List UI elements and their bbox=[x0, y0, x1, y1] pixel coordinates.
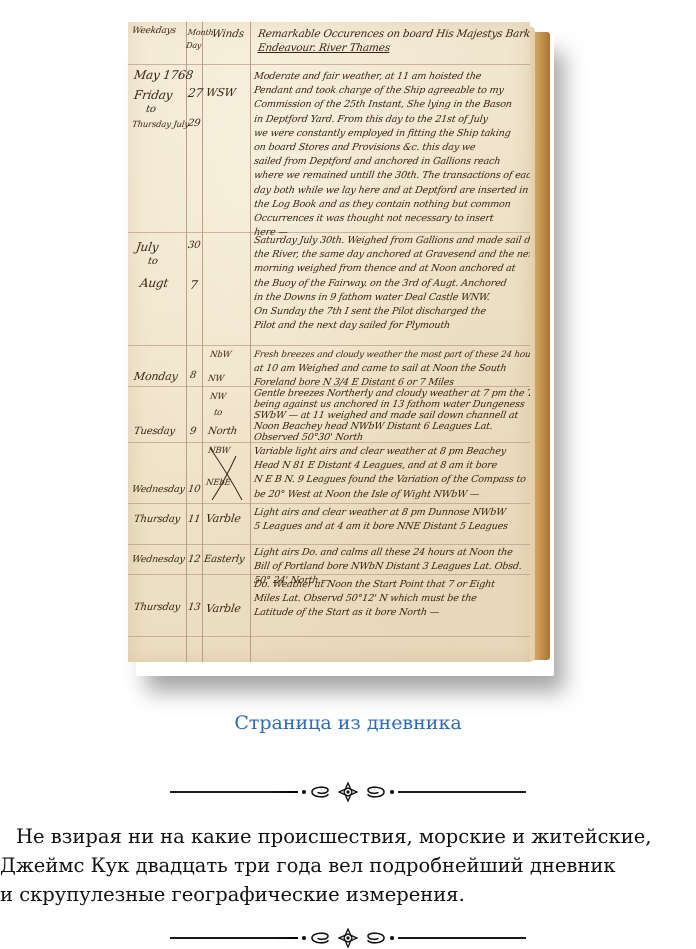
day-cell: 11 bbox=[187, 514, 201, 525]
entry-line: Miles Lat. Observd 50°12' N which must b… bbox=[253, 592, 405, 606]
flourish-ornament-icon bbox=[298, 782, 398, 802]
entry-line: Do. Weather at Noon the Start Point that… bbox=[253, 578, 405, 592]
entry-line: in the Downs in 9 fathom water Deal Cast… bbox=[253, 291, 405, 305]
journal-entry: Moderate and fair weather, at 11 am hois… bbox=[254, 70, 404, 240]
journal-entry: Saturday July 30th. Weighed from Gallion… bbox=[254, 234, 404, 333]
entry-line: Pilot and the next day sailed for Plymou… bbox=[253, 319, 405, 333]
journal-page: Weekdays Month Day Winds Remarkable Occu… bbox=[128, 22, 530, 662]
ornamental-divider bbox=[170, 928, 526, 948]
header-remarks-line1: Remarkable Occurences on board His Majes… bbox=[257, 28, 530, 40]
weekday-cell: Wednesday bbox=[131, 554, 185, 565]
day-cell: 29 bbox=[187, 118, 201, 129]
entry-line: Pendant and took charge of the Ship agre… bbox=[253, 84, 405, 98]
entry-line: Moderate and fair weather, at 11 am hois… bbox=[253, 70, 405, 84]
row-rule bbox=[128, 503, 530, 504]
journal-entry: Do. Weather at Noon the Start Point that… bbox=[254, 578, 404, 621]
entry-line: On Sunday the 7th I sent the Pilot disch… bbox=[253, 305, 405, 319]
entry-line: Variable light airs and clear weather at… bbox=[253, 445, 405, 459]
wind-cell: NbW bbox=[209, 350, 231, 360]
day-cell: 12 bbox=[187, 554, 201, 565]
wind-cell: to bbox=[213, 408, 223, 418]
divider-line bbox=[170, 791, 298, 793]
entry-line: Commission of the 25th Instant, She lyin… bbox=[253, 98, 405, 112]
entry-line: at 10 am Weighed and came to sail at Noo… bbox=[253, 362, 405, 376]
entry-line: we were constantly employed in fitting t… bbox=[253, 127, 405, 141]
wind-cell: NW bbox=[209, 392, 226, 402]
divider-line bbox=[398, 937, 526, 939]
row-rule bbox=[128, 544, 530, 545]
entry-line: SWbW — at 11 weighed and made sail down … bbox=[253, 410, 405, 421]
weekday-cell: Augt bbox=[139, 276, 169, 290]
entry-line: being against us anchored in 13 fathom w… bbox=[253, 399, 405, 410]
entry-line: N E B N. 9 Leagues found the Variation o… bbox=[253, 473, 405, 487]
wind-cell: NW bbox=[207, 374, 224, 384]
entry-line: morning weighed from thence and at Noon … bbox=[253, 262, 405, 276]
entry-line: Saturday July 30th. Weighed from Gallion… bbox=[253, 234, 405, 248]
divider-line bbox=[398, 791, 526, 793]
crossed-out-mark bbox=[206, 446, 246, 502]
paragraph-line: Джеймс Кук двадцать три года вел подробн… bbox=[0, 851, 696, 880]
paragraph-line: и скрупулезные географические измерения. bbox=[0, 880, 696, 909]
entry-line: Bill of Portland bore NWbN Distant 3 Lea… bbox=[253, 560, 405, 574]
journal-entry: Light airs and clear weather at 8 pm Dun… bbox=[254, 506, 404, 534]
manuscript-photo: Weekdays Month Day Winds Remarkable Occu… bbox=[128, 22, 548, 664]
weekday-cell: Tuesday bbox=[133, 426, 175, 437]
ornamental-divider bbox=[170, 782, 526, 802]
row-rule bbox=[128, 636, 530, 637]
wind-cell: Varble bbox=[205, 512, 241, 525]
weekday-cell: Friday bbox=[133, 88, 173, 102]
header-weekdays: Weekdays bbox=[131, 26, 176, 36]
row-rule bbox=[128, 64, 530, 65]
entry-line: Occurrences it was thought not necessary… bbox=[253, 212, 405, 226]
day-cell: 9 bbox=[189, 426, 197, 437]
image-caption: Страница из дневника bbox=[0, 712, 696, 734]
row-rule bbox=[128, 345, 530, 346]
weekday-cell: Monday bbox=[133, 370, 178, 383]
weekday-cell: Wednesday bbox=[131, 484, 185, 495]
weekday-cell: to bbox=[145, 104, 156, 115]
entry-line: Gentle breezes Northerly and cloudy weat… bbox=[253, 388, 405, 399]
paragraph-line: Не взирая ни на какие происшествия, морс… bbox=[0, 822, 696, 851]
day-cell: 27 bbox=[187, 86, 204, 100]
entry-line: the Log Book and as they contain nothing… bbox=[253, 198, 405, 212]
entry-line: Latitude of the Start as it bore North — bbox=[253, 606, 405, 620]
entry-line: Fresh breezes and cloudy weather the mos… bbox=[253, 348, 405, 362]
wind-cell: Varble bbox=[205, 602, 241, 615]
entry-line: Light airs Do. and calms all these 24 ho… bbox=[253, 546, 405, 560]
column-rule bbox=[250, 22, 251, 662]
entry-line: Noon Beachey head NWbW Distant 6 Leagues… bbox=[253, 421, 405, 432]
entry-line: be 20° West at Noon the Isle of Wight NW… bbox=[253, 488, 405, 502]
day-cell: 13 bbox=[187, 602, 201, 613]
journal-entry: Fresh breezes and cloudy weather the mos… bbox=[254, 348, 404, 391]
column-rule bbox=[186, 22, 187, 662]
year-label: May 1768 bbox=[133, 68, 194, 82]
entry-line: the River, the same day anchored at Grav… bbox=[253, 248, 405, 262]
entry-line: day both while we lay here and at Deptfo… bbox=[253, 184, 405, 198]
body-paragraph: Не взирая ни на какие происшествия, морс… bbox=[0, 822, 696, 909]
header-remarks-line2: Endeavour. River Thames bbox=[257, 42, 391, 54]
entry-line: Observed 50°30' North bbox=[253, 432, 405, 443]
journal-entry: Gentle breezes Northerly and cloudy weat… bbox=[254, 388, 404, 443]
entry-line: sailed from Deptford and anchored in Gal… bbox=[253, 155, 405, 169]
column-rule bbox=[202, 22, 203, 662]
weekday-cell: Thursday bbox=[133, 602, 180, 613]
wind-cell: WSW bbox=[205, 86, 236, 99]
entry-line: where we remained untill the 30th. The t… bbox=[253, 169, 405, 183]
wind-cell: Easterly bbox=[203, 554, 245, 565]
entry-line: Head N 81 E Distant 4 Leagues, and at 8 … bbox=[253, 459, 405, 473]
entry-line: 5 Leagues and at 4 am it bore NNE Distan… bbox=[253, 520, 405, 534]
day-cell: 8 bbox=[189, 370, 197, 381]
journal-entry: Variable light airs and clear weather at… bbox=[254, 445, 404, 502]
entry-line: the Buoy of the Fairway. on the 3rd of A… bbox=[253, 277, 405, 291]
weekday-cell: Thursday July bbox=[131, 120, 189, 130]
entry-line: on board Stores and Provisions &c. this … bbox=[253, 141, 405, 155]
day-cell: 7 bbox=[189, 278, 198, 292]
day-cell: 30 bbox=[187, 240, 201, 251]
flourish-ornament-icon bbox=[298, 928, 398, 948]
entry-line: in Deptford Yard. From this day to the 2… bbox=[253, 113, 405, 127]
weekday-cell: Thursday bbox=[133, 514, 180, 525]
wind-cell: North bbox=[207, 426, 238, 437]
weekday-cell: to bbox=[147, 256, 158, 267]
divider-line bbox=[170, 937, 298, 939]
day-cell: 10 bbox=[187, 484, 201, 495]
header-winds: Winds bbox=[211, 28, 245, 40]
entry-line: Light airs and clear weather at 8 pm Dun… bbox=[253, 506, 405, 520]
weekday-cell: July bbox=[135, 240, 159, 254]
